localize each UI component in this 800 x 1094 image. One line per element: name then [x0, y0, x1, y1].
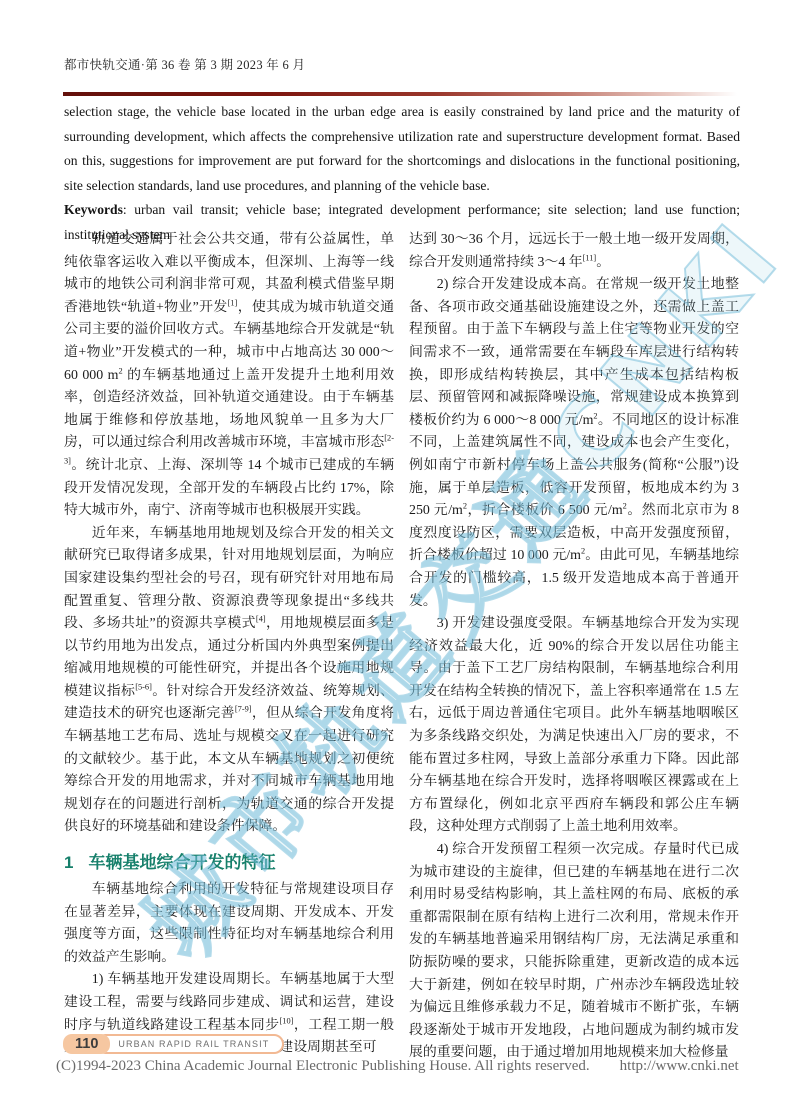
section-number: 1 — [64, 853, 73, 873]
right-column: 达到 30～36 个月，远远长于一般土地一级开发周期，综合开发则通常持续 3～4… — [409, 229, 739, 1065]
keywords-label: Keywords — [64, 202, 123, 217]
abstract-block: selection stage, the vehicle base locate… — [64, 100, 740, 248]
body-text-run: ，折合楼板价 6 500 元/m — [467, 503, 623, 518]
copyright-text: (C)1994-2023 China Academic Journal Elec… — [56, 1058, 590, 1075]
header-divider-rule — [63, 92, 737, 96]
reference-superscript: [11] — [583, 253, 597, 262]
page-footer-badge: 110 URBAN RAPID RAIL TRANSIT — [63, 1034, 284, 1054]
body-paragraph: 车辆基地综合利用的开发特征与常规建设项目存在显著差异，主要体现在建设周期、开发成… — [64, 879, 394, 969]
body-text-run: ，但从综合开发角度将车辆基地工艺布局、选址与规模交叉在一起进行研究的文献较少。基… — [64, 706, 394, 834]
reference-superscript: [7-9] — [235, 705, 252, 714]
body-text-run: 达到 30～36 个月，远远长于一般土地一级开发周期，综合开发则通常持续 3～4… — [409, 232, 739, 270]
body-text-run: 。 — [596, 255, 610, 270]
two-column-body: 轨道交通属于社会公共交通，带有公益属性，单纯依靠客运收入难以平衡成本，但深圳、上… — [64, 229, 740, 1065]
body-paragraph: 近年来，车辆基地用地规划及综合开发的相关文献研究已取得诸多成果，针对用地规划层面… — [64, 523, 394, 839]
body-text-run: 2) 综合开发建设成本高。在常规一级开发土地整备、各项市政交通基础设施建设之外，… — [409, 277, 739, 428]
copyright-line: (C)1994-2023 China Academic Journal Elec… — [56, 1058, 739, 1075]
left-column: 轨道交通属于社会公共交通，带有公益属性，单纯依靠客运收入难以平衡成本，但深圳、上… — [64, 229, 394, 1065]
reference-superscript: [4] — [256, 614, 266, 623]
section-title: 车辆基地综合开发的特征 — [88, 848, 275, 873]
body-paragraph: 2) 综合开发建设成本高。在常规一级开发土地整备、各项市政交通基础设施建设之外，… — [409, 274, 739, 613]
journal-name-banner: URBAN RAPID RAIL TRANSIT — [96, 1034, 284, 1054]
journal-header-info: 都市快轨交通·第 36 卷 第 3 期 2023 年 6 月 — [64, 55, 305, 73]
cnki-url: http://www.cnki.net — [620, 1058, 739, 1075]
reference-superscript: [10] — [280, 1016, 294, 1025]
body-text-run: 。统计北京、上海、深圳等 14 个城市已建成的车辆段开发情况发现，全部开发的车辆… — [64, 458, 394, 518]
body-text-run: 车辆基地综合利用的开发特征与常规建设项目存在显著差异，主要体现在建设周期、开发成… — [64, 882, 394, 965]
reference-superscript: [1] — [228, 298, 238, 307]
section-heading: 1车辆基地综合开发的特征 — [64, 848, 394, 873]
body-paragraph: 3) 开发建设强度受限。车辆基地综合开发为实现经济效益最大化，近 90%的综合开… — [409, 613, 739, 839]
body-text-run: 4) 综合开发预留工程须一次完成。存量时代已成为城市建设的主旋律，但已建的车辆基… — [409, 842, 739, 1060]
abstract-continuation-text: selection stage, the vehicle base locate… — [64, 100, 740, 198]
body-paragraph: 轨道交通属于社会公共交通，带有公益属性，单纯依靠客运收入难以平衡成本，但深圳、上… — [64, 229, 394, 523]
reference-superscript: [5-6] — [135, 682, 152, 691]
page-number: 110 — [63, 1034, 110, 1054]
body-text-run: 3) 开发建设强度受限。车辆基地综合开发为实现经济效益最大化，近 90%的综合开… — [409, 616, 739, 834]
body-paragraph: 4) 综合开发预留工程须一次完成。存量时代已成为城市建设的主旋律，但已建的车辆基… — [409, 839, 739, 1065]
body-paragraph: 达到 30～36 个月，远远长于一般土地一级开发周期，综合开发则通常持续 3～4… — [409, 229, 739, 274]
